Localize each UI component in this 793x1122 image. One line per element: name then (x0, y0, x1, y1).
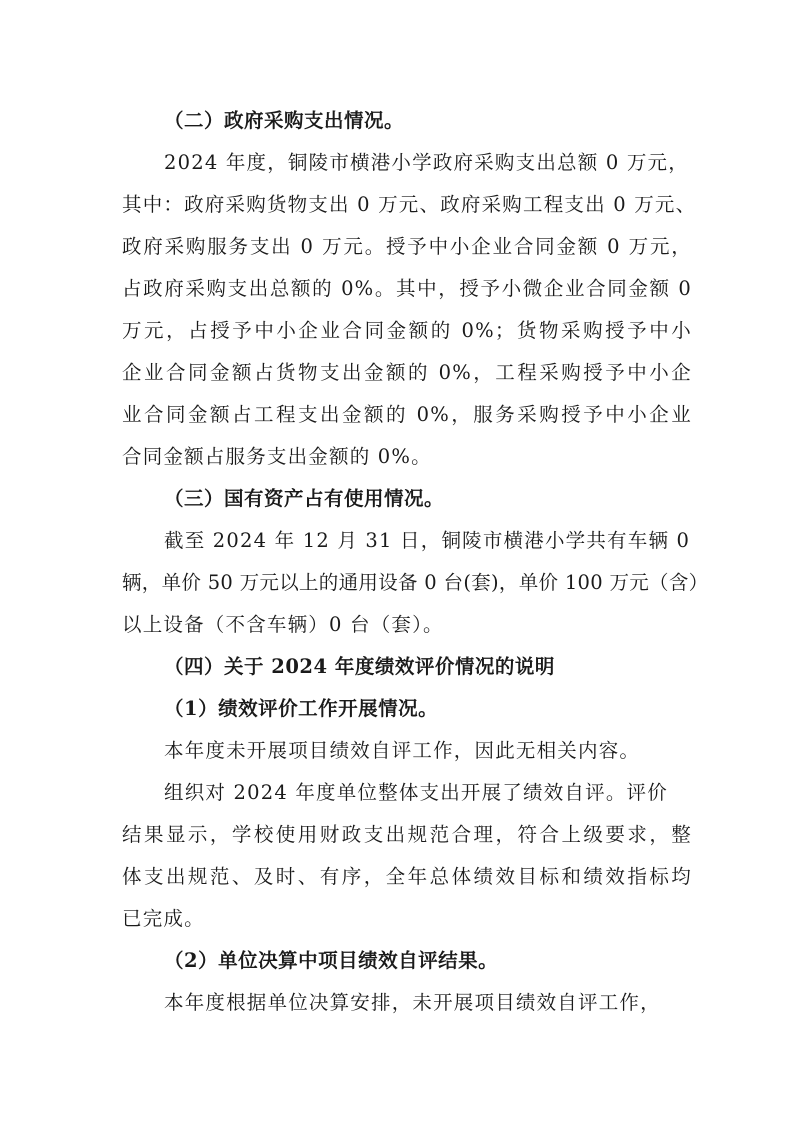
paragraph-line: 合同金额占服务支出金额的 0%。 (122, 436, 692, 478)
paragraph-line: 其中：政府采购货物支出 0 万元、政府采购工程支出 0 万元、 (122, 184, 692, 226)
section-heading-government-procurement: （二）政府采购支出情况。 (122, 100, 692, 142)
paragraph-line: 组织对 2024 年度单位整体支出开展了绩效自评。评价 (122, 772, 692, 814)
section-heading-performance-evaluation: （四）关于 2024 年度绩效评价情况的说明 (122, 646, 692, 688)
paragraph-line: 占政府采购支出总额的 0%。其中，授予小微企业合同金额 0 (122, 268, 692, 310)
paragraph-line: 政府采购服务支出 0 万元。授予中小企业合同金额 0 万元， (122, 226, 692, 268)
paragraph-line: 本年度未开展项目绩效自评工作，因此无相关内容。 (122, 730, 692, 772)
paragraph-line: 体支出规范、及时、有序，全年总体绩效目标和绩效指标均 (122, 856, 692, 898)
paragraph-line: 企业合同金额占货物支出金额的 0%，工程采购授予中小企 (122, 352, 692, 394)
paragraph-line: 结果显示，学校使用财政支出规范合理，符合上级要求，整 (122, 814, 692, 856)
subsection-heading-evaluation-work: （1）绩效评价工作开展情况。 (122, 688, 692, 730)
document-page: （二）政府采购支出情况。 2024 年度，铜陵市横港小学政府采购支出总额 0 万… (122, 100, 692, 1024)
section-heading-state-assets: （三）国有资产占有使用情况。 (122, 478, 692, 520)
paragraph-line: 2024 年度，铜陵市横港小学政府采购支出总额 0 万元， (122, 142, 692, 184)
paragraph-line: 以上设备（不含车辆）0 台（套）。 (122, 604, 692, 646)
paragraph-line: 万元，占授予中小企业合同金额的 0%；货物采购授予中小 (122, 310, 692, 352)
paragraph-line: 辆，单价 50 万元以上的通用设备 0 台(套)，单价 100 万元（含） (122, 562, 692, 604)
subsection-heading-project-self-evaluation: （2）单位决算中项目绩效自评结果。 (122, 940, 692, 982)
paragraph-line: 已完成。 (122, 898, 692, 940)
paragraph-line: 业合同金额占工程支出金额的 0%，服务采购授予中小企业 (122, 394, 692, 436)
paragraph-line: 本年度根据单位决算安排，未开展项目绩效自评工作， (122, 982, 692, 1024)
paragraph-line: 截至 2024 年 12 月 31 日，铜陵市横港小学共有车辆 0 (122, 520, 692, 562)
